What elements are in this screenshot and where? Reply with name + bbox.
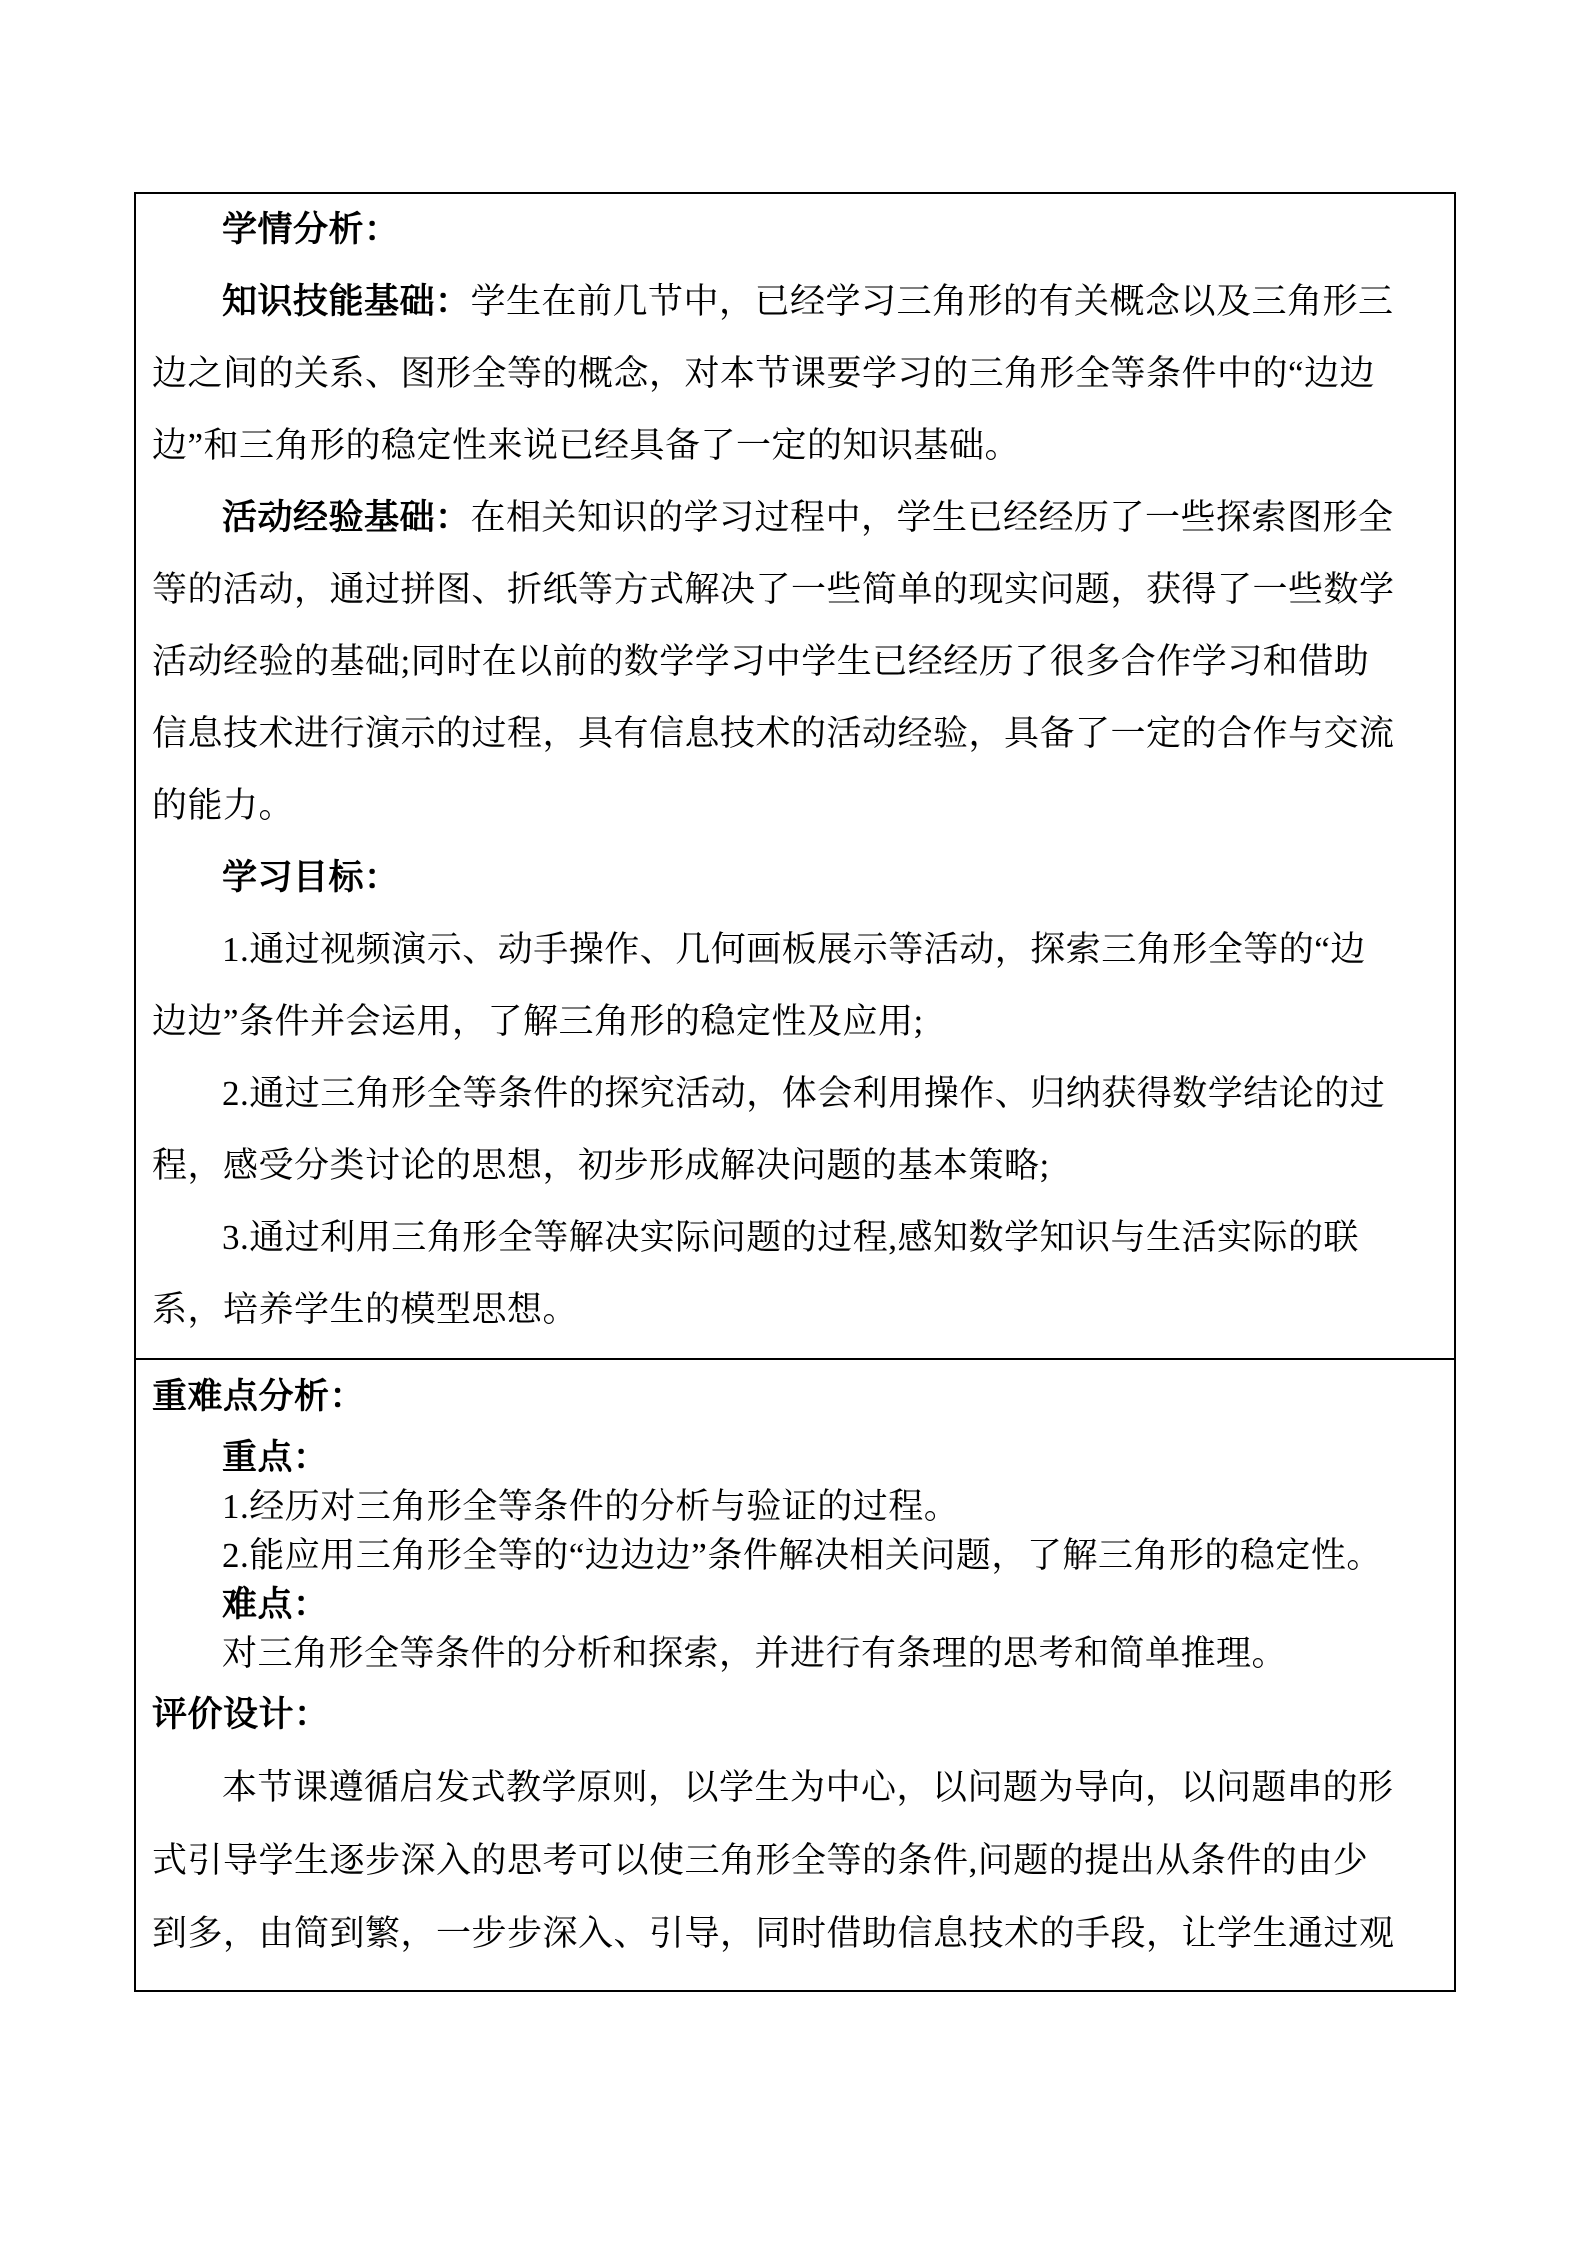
knowledge-skill-base-line3: 边”和三角形的稳定性来说已经具备了一定的知识基础。	[152, 410, 1442, 482]
evaluation-design-line2: 式引导学生逐步深入的思考可以使三角形全等的条件,问题的提出从条件的由少	[152, 1824, 1442, 1897]
evaluation-design-line1: 本节课遵循启发式教学原则，以学生为中心，以问题为导向，以问题串的形	[152, 1751, 1442, 1824]
activity-experience-base-line4: 信息技术进行演示的过程，具有信息技术的活动经验，具备了一定的合作与交流	[152, 698, 1442, 770]
heading-situation-analysis: 学情分析：	[152, 194, 1442, 266]
difficult-point-text: 对三角形全等条件的分析和探索，并进行有条理的思考和简单推理。	[152, 1629, 1442, 1678]
activity-experience-base-line2: 等的活动，通过拼图、折纸等方式解决了一些简单的现实问题，获得了一些数学	[152, 554, 1442, 626]
learning-goal-3-line2: 系，培养学生的模型思想。	[152, 1274, 1442, 1346]
learning-goal-1-line2: 边边”条件并会运用，了解三角形的稳定性及应用;	[152, 986, 1442, 1058]
heading-learning-goals: 学习目标：	[152, 842, 1442, 914]
run-in-knowledge-skill-label: 知识技能基础：	[222, 282, 471, 321]
line-text: 在相关知识的学习过程中，学生已经经历了一些探索图形全	[471, 498, 1394, 537]
subheading-key-points: 重点：	[152, 1433, 1442, 1482]
run-in-activity-experience-label: 活动经验基础：	[222, 498, 471, 537]
activity-experience-base-line5: 的能力。	[152, 770, 1442, 842]
section-key-points-and-evaluation: 重难点分析： 重点： 1.经历对三角形全等条件的分析与验证的过程。 2.能应用三…	[136, 1360, 1454, 1990]
knowledge-skill-base-line2: 边之间的关系、图形全等的概念，对本节课要学习的三角形全等条件中的“边边	[152, 338, 1442, 410]
activity-experience-base-line1: 活动经验基础：在相关知识的学习过程中，学生已经经历了一些探索图形全	[152, 482, 1442, 554]
key-point-2: 2.能应用三角形全等的“边边边”条件解决相关问题，了解三角形的稳定性。	[152, 1531, 1442, 1580]
heading-evaluation-design: 评价设计：	[152, 1678, 1442, 1751]
knowledge-skill-base-line1: 知识技能基础：学生在前几节中，已经学习三角形的有关概念以及三角形三	[152, 266, 1442, 338]
learning-goal-3-line1: 3.通过利用三角形全等解决实际问题的过程,感知数学知识与生活实际的联	[152, 1202, 1442, 1274]
subheading-difficult-points: 难点：	[152, 1580, 1442, 1629]
lesson-plan-table: 学情分析： 知识技能基础：学生在前几节中，已经学习三角形的有关概念以及三角形三 …	[134, 192, 1456, 1992]
key-point-1: 1.经历对三角形全等条件的分析与验证的过程。	[152, 1482, 1442, 1531]
heading-key-difficult-points: 重难点分析：	[152, 1360, 1442, 1433]
section-situation-analysis: 学情分析： 知识技能基础：学生在前几节中，已经学习三角形的有关概念以及三角形三 …	[136, 194, 1454, 1360]
learning-goal-2-line2: 程，感受分类讨论的思想，初步形成解决问题的基本策略;	[152, 1130, 1442, 1202]
line-text: 学生在前几节中，已经学习三角形的有关概念以及三角形三	[471, 282, 1394, 321]
learning-goal-2-line1: 2.通过三角形全等条件的探究活动，体会利用操作、归纳获得数学结论的过	[152, 1058, 1442, 1130]
activity-experience-base-line3: 活动经验的基础;同时在以前的数学学习中学生已经经历了很多合作学习和借助	[152, 626, 1442, 698]
learning-goal-1-line1: 1.通过视频演示、动手操作、几何画板展示等活动，探索三角形全等的“边	[152, 914, 1442, 986]
evaluation-design-line3: 到多，由简到繁，一步步深入、引导，同时借助信息技术的手段，让学生通过观	[152, 1897, 1442, 1970]
